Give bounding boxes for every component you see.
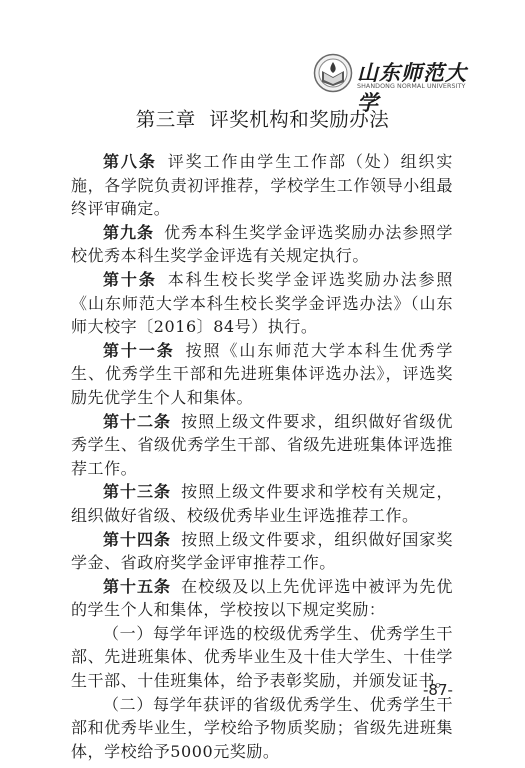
document-body: 第八条评奖工作由学生工作部（处）组织实施，各学院负责初评推荐，学校学生工作领导小…	[71, 150, 453, 763]
clause-2: （二）每学年获评的省级优秀学生、优秀学生干部和优秀毕业生，学校给予物质奖励；省级…	[71, 693, 453, 764]
page-number: -87-	[423, 681, 453, 699]
university-emblem-icon	[313, 53, 353, 93]
article-label: 第十五条	[103, 577, 171, 596]
article-label: 第十条	[103, 270, 157, 289]
chapter-title: 第三章 评奖机构和奖励办法	[0, 104, 525, 132]
clause-text: （二）每学年获评的省级优秀学生、优秀学生干部和优秀毕业生，学校给予物质奖励；省级…	[71, 695, 453, 761]
article-label: 第十三条	[103, 482, 171, 501]
article-label: 第十一条	[103, 341, 175, 360]
article-9: 第九条优秀本科生奖学金评选奖励办法参照学校优秀本科生奖学金评选有关规定执行。	[71, 221, 453, 268]
article-14: 第十四条按照上级文件要求，组织做好国家奖学金、省政府奖学金评审推荐工作。	[71, 528, 453, 575]
university-logo: 山东师范大学 SHANDONG NORMAL UNIVERSITY	[313, 53, 483, 95]
article-13: 第十三条按照上级文件要求和学校有关规定，组织做好省级、校级优秀毕业生评选推荐工作…	[71, 480, 453, 527]
article-15: 第十五条在校级及以上先优评选中被评为先优的学生个人和集体，学校按以下规定奖励：	[71, 575, 453, 622]
article-10: 第十条本科生校长奖学金评选奖励办法参照《山东师范大学本科生校长奖学金评选办法》（…	[71, 268, 453, 339]
university-name-en: SHANDONG NORMAL UNIVERSITY	[357, 83, 465, 90]
article-11: 第十一条按照《山东师范大学本科生优秀学生、优秀学生干部和先进班集体评选办法》，评…	[71, 339, 453, 410]
article-label: 第九条	[103, 223, 154, 242]
article-12: 第十二条按照上级文件要求，组织做好省级优秀学生、省级优秀学生干部、省级先进班集体…	[71, 410, 453, 481]
article-label: 第十四条	[103, 530, 171, 549]
article-label: 第十二条	[103, 412, 171, 431]
clause-1: （一）每学年评选的校级优秀学生、优秀学生干部、先进班集体、优秀毕业生及十佳大学生…	[71, 622, 453, 693]
article-8: 第八条评奖工作由学生工作部（处）组织实施，各学院负责初评推荐，学校学生工作领导小…	[71, 150, 453, 221]
clause-text: （一）每学年评选的校级优秀学生、优秀学生干部、先进班集体、优秀毕业生及十佳大学生…	[71, 624, 453, 690]
article-label: 第八条	[103, 152, 157, 171]
